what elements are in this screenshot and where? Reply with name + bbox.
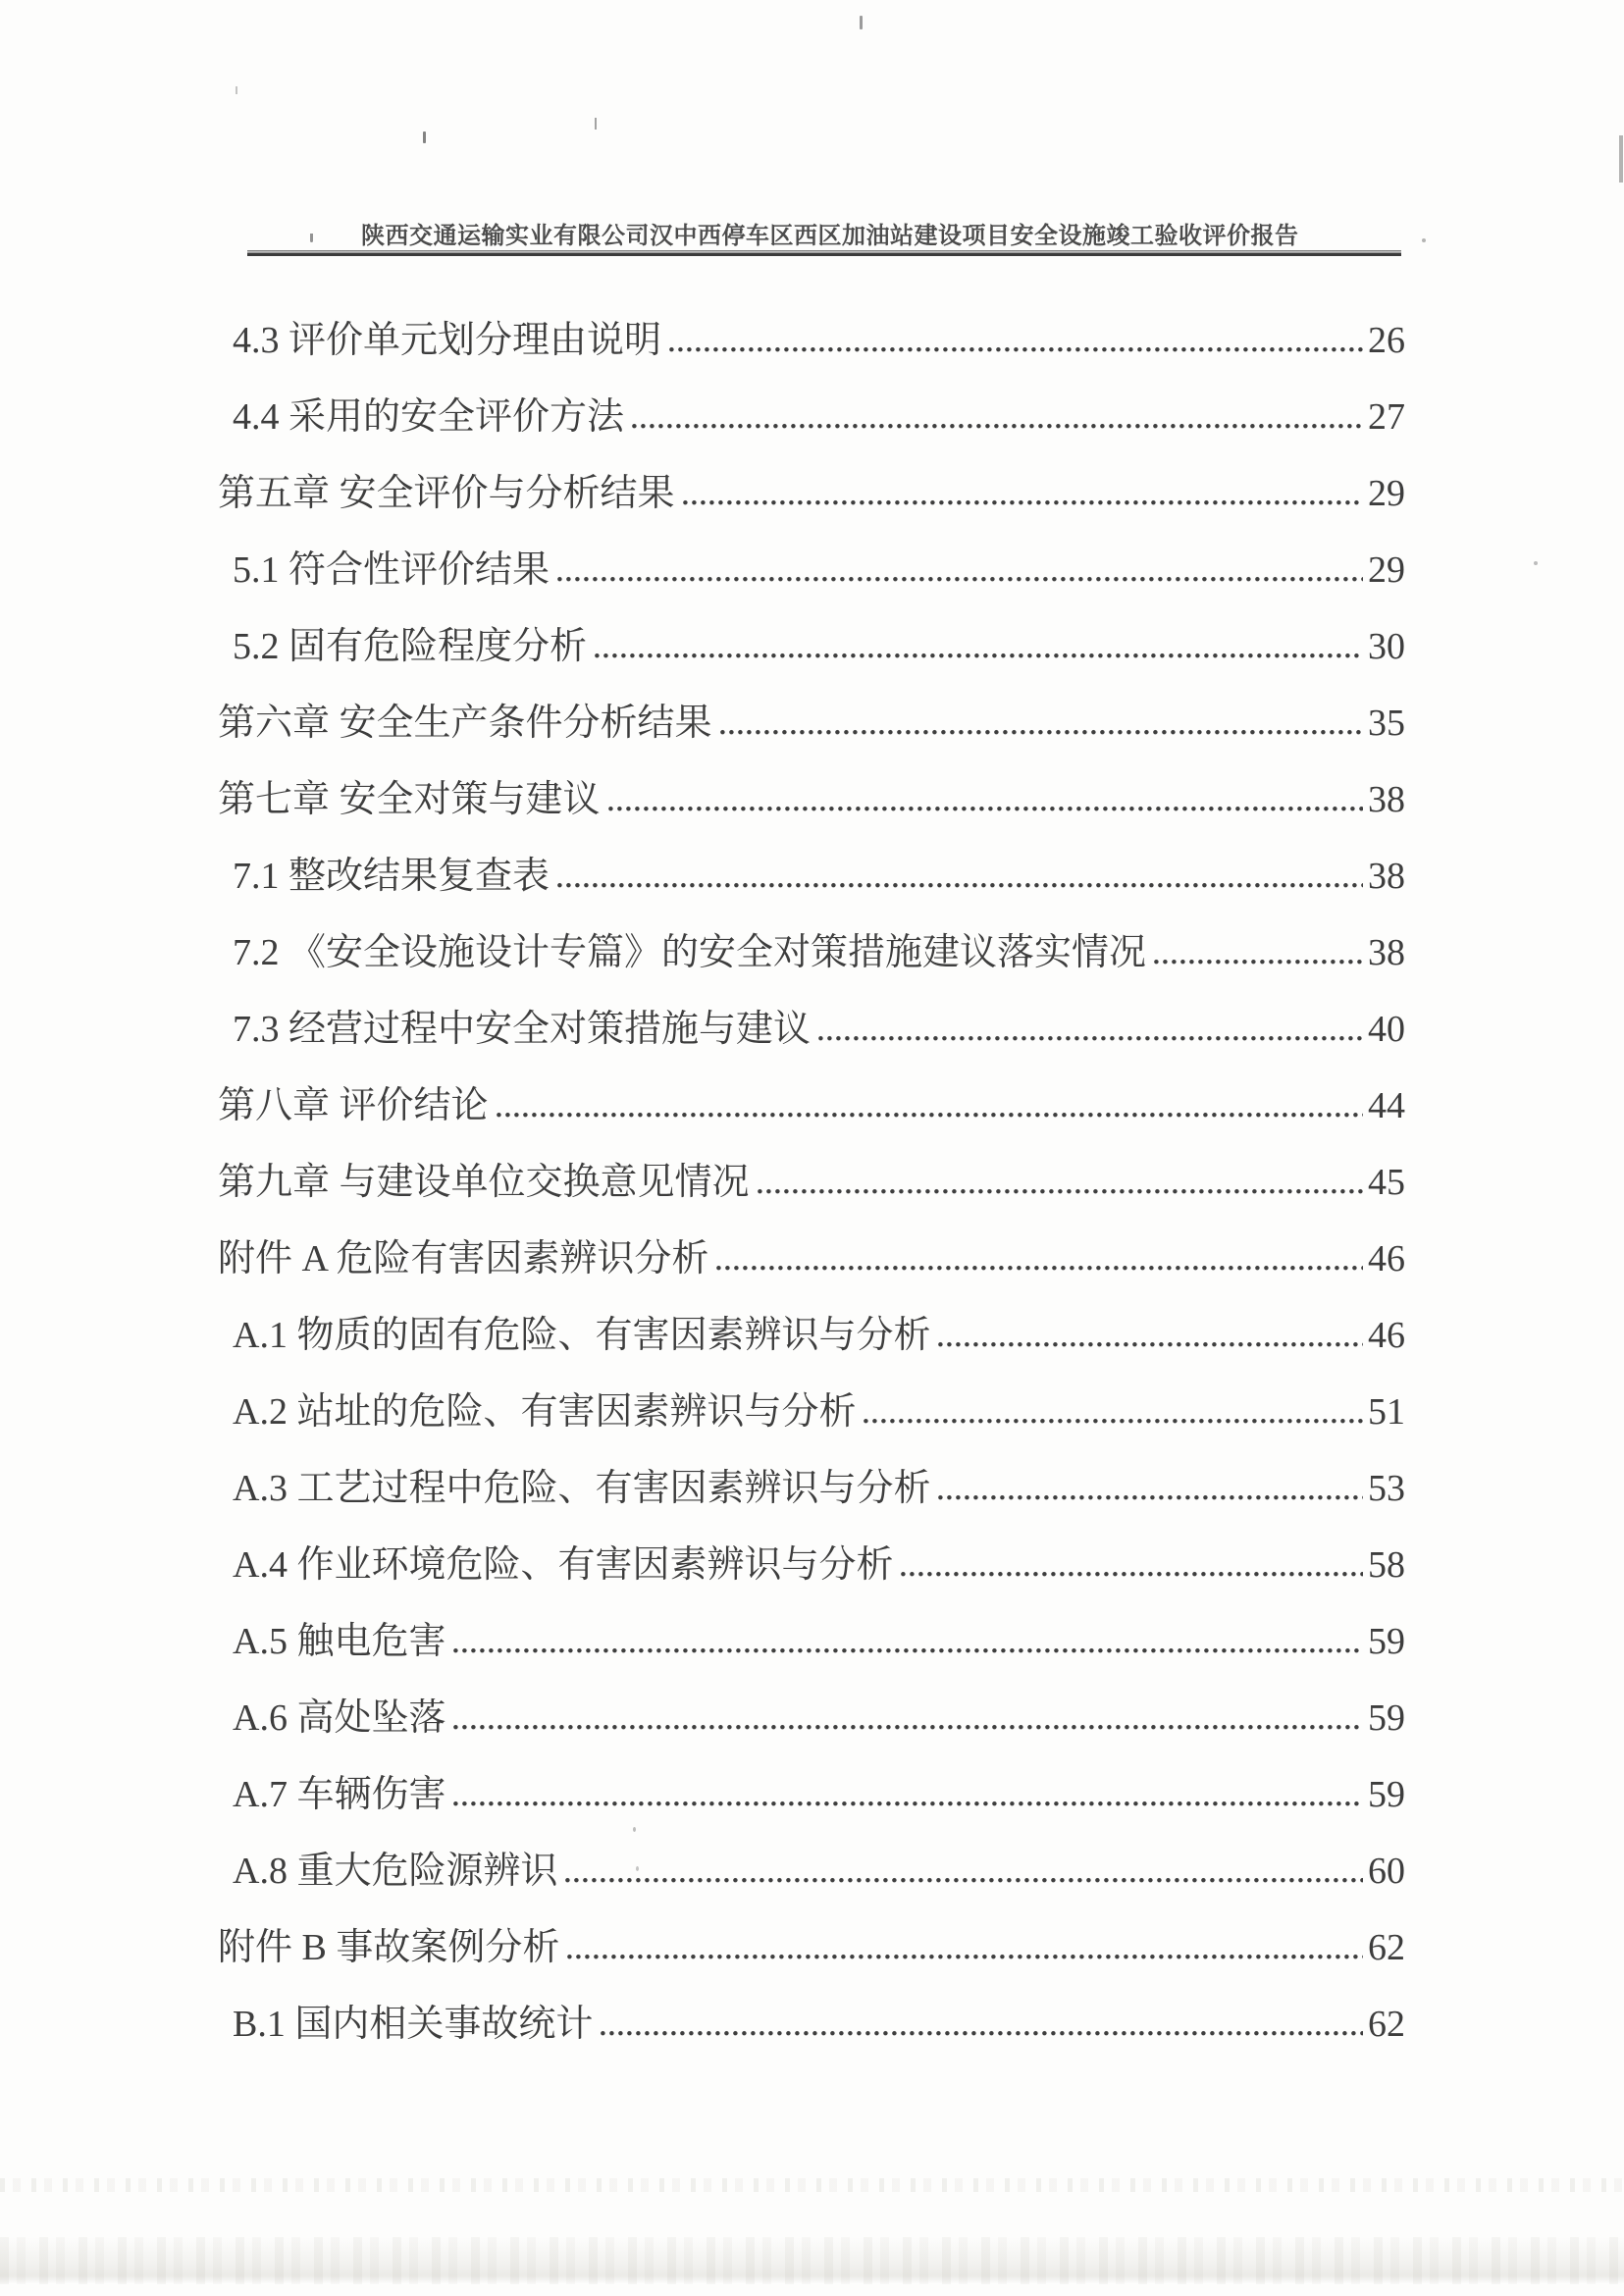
toc-entry-page: 51 [1368,1389,1405,1435]
toc-entry: 附件 A 危险有害因素辨识分析 46 [167,1221,1405,1297]
toc-entry-page: 58 [1368,1542,1405,1588]
toc-entry: 附件 B 事故案例分析 62 [167,1909,1405,1986]
toc-leader-dots [601,2030,1363,2036]
toc-entry-page: 62 [1368,2002,1405,2047]
toc-entry-label: 第九章 与建设单位交换意见情况 [218,1160,750,1205]
toc-leader-dots [758,1188,1363,1194]
scan-artifact [595,118,597,130]
toc-leader-dots [453,1647,1363,1653]
toc-entry-page: 45 [1368,1160,1405,1205]
toc-entry-label: 第七章 安全对策与建议 [218,777,601,822]
toc-entry-page: 27 [1368,394,1405,440]
toc-entry: 第五章 安全评价与分析结果 29 [167,455,1405,532]
scan-artifact-band [0,2237,1624,2284]
toc-leader-dots [938,1494,1363,1500]
toc-leader-dots [818,1035,1363,1041]
toc-entry-label: 第六章 安全生产条件分析结果 [218,701,712,746]
toc-entry-label: 附件 A 危险有害因素辨识分析 [218,1236,708,1281]
toc-entry: 4.4 采用的安全评价方法 27 [167,379,1405,455]
toc-entry: A.2 站址的危险、有害因素辨识与分析 51 [167,1374,1405,1450]
toc-entry: 第九章 与建设单位交换意见情况 45 [167,1144,1405,1221]
toc-entry: 第八章 评价结论 44 [167,1068,1405,1144]
toc-entry-page: 29 [1368,471,1405,516]
toc-entry: 7.3 经营过程中安全对策措施与建议 40 [167,991,1405,1068]
toc-leader-dots [669,346,1363,352]
scan-artifact [310,234,313,242]
toc-entry-label: A.1 物质的固有危险、有害因素辨识与分析 [233,1313,930,1358]
toc-entry-page: 26 [1368,318,1405,363]
toc-leader-dots [683,499,1363,505]
toc-entry-label: 7.1 整改结果复查表 [233,854,550,899]
toc-entry: B.1 国内相关事故统计 62 [167,1986,1405,2062]
toc-entry-page: 59 [1368,1619,1405,1664]
toc-entry-page: 46 [1368,1313,1405,1358]
toc-leader-dots [632,423,1363,429]
scan-artifact [236,86,237,94]
toc-leader-dots [453,1724,1363,1730]
toc-entry-page: 62 [1368,1925,1405,1970]
toc-entry-label: A.2 站址的危险、有害因素辨识与分析 [233,1389,856,1435]
toc-entry-page: 44 [1368,1083,1405,1128]
page-header-title: 陕西交通运输实业有限公司汉中西停车区西区加油站建设项目安全设施竣工验收评价报告 [361,223,1299,249]
table-of-contents: 4.3 评价单元划分理由说明 26 4.4 采用的安全评价方法 27 第五章 安… [167,302,1405,2062]
toc-entry: A.8 重大危险源辨识 60 [167,1833,1405,1909]
toc-entry-page: 38 [1368,930,1405,975]
toc-leader-dots [595,652,1363,658]
scan-artifact [636,1866,639,1871]
toc-entry-label: A.4 作业环境危险、有害因素辨识与分析 [233,1542,893,1588]
toc-leader-dots [608,806,1363,811]
toc-entry: 第七章 安全对策与建议 38 [167,761,1405,838]
toc-entry-label: 5.1 符合性评价结果 [233,548,550,593]
toc-entry-label: A.6 高处坠落 [233,1696,445,1741]
toc-leader-dots [557,576,1363,582]
toc-entry-page: 40 [1368,1007,1405,1052]
toc-entry: A.6 高处坠落 59 [167,1680,1405,1756]
scan-artifact [423,131,426,143]
toc-entry-label: A.8 重大危险源辨识 [233,1849,557,1894]
toc-entry-label: A.5 触电危害 [233,1619,445,1664]
toc-entry-label: 7.3 经营过程中安全对策措施与建议 [233,1007,811,1052]
toc-entry-label: A.7 车辆伤害 [233,1772,445,1817]
toc-leader-dots [1154,959,1363,965]
toc-entry: 7.1 整改结果复查表 38 [167,838,1405,914]
header-rule [247,250,1401,256]
toc-entry-label: 4.4 采用的安全评价方法 [233,394,624,440]
toc-entry-page: 59 [1368,1696,1405,1741]
scan-artifact [633,1827,636,1832]
toc-entry-page: 30 [1368,624,1405,669]
toc-entry: A.4 作业环境危险、有害因素辨识与分析 58 [167,1527,1405,1603]
toc-entry-label: 第五章 安全评价与分析结果 [218,471,675,516]
scan-artifact [1422,238,1426,242]
toc-leader-dots [565,1877,1363,1883]
toc-entry: 5.2 固有危险程度分析 30 [167,608,1405,685]
scan-artifact [860,16,863,29]
toc-entry-label: 5.2 固有危险程度分析 [233,624,587,669]
toc-leader-dots [720,729,1363,735]
toc-entry-page: 46 [1368,1236,1405,1281]
toc-leader-dots [716,1265,1363,1271]
toc-entry: A.7 车辆伤害 59 [167,1756,1405,1833]
toc-entry-label: A.3 工艺过程中危险、有害因素辨识与分析 [233,1466,930,1511]
toc-entry-page: 53 [1368,1466,1405,1511]
toc-leader-dots [453,1800,1363,1806]
toc-entry-page: 59 [1368,1772,1405,1817]
toc-entry-label: B.1 国内相关事故统计 [233,2002,593,2047]
toc-entry-page: 38 [1368,854,1405,899]
scanned-document-page: { "header": { "title": "陕西交通运输实业有限公司汉中西停… [0,0,1624,2296]
toc-leader-dots [938,1341,1363,1347]
toc-leader-dots [497,1112,1363,1118]
toc-entry-page: 35 [1368,701,1405,746]
toc-entry-label: 7.2 《安全设施设计专篇》的安全对策措施建议落实情况 [233,930,1146,975]
toc-entry-label: 4.3 评价单元划分理由说明 [233,318,661,363]
toc-entry: 第六章 安全生产条件分析结果 35 [167,685,1405,761]
toc-entry-page: 60 [1368,1849,1405,1894]
toc-entry-page: 38 [1368,777,1405,822]
scan-artifact [1534,561,1538,565]
toc-entry: 5.1 符合性评价结果 29 [167,532,1405,608]
toc-leader-dots [901,1571,1363,1577]
scan-artifact-band [0,2178,1624,2192]
toc-entry: 4.3 评价单元划分理由说明 26 [167,302,1405,379]
toc-entry: 7.2 《安全设施设计专篇》的安全对策措施建议落实情况 38 [167,914,1405,991]
toc-entry: A.5 触电危害 59 [167,1603,1405,1680]
toc-leader-dots [864,1418,1363,1424]
toc-leader-dots [567,1954,1363,1959]
toc-entry: A.3 工艺过程中危险、有害因素辨识与分析 53 [167,1450,1405,1527]
toc-leader-dots [557,882,1363,888]
toc-entry-label: 第八章 评价结论 [218,1083,489,1128]
toc-entry-label: 附件 B 事故案例分析 [218,1925,559,1970]
toc-entry-page: 29 [1368,548,1405,593]
toc-entry: A.1 物质的固有危险、有害因素辨识与分析 46 [167,1297,1405,1374]
scan-artifact [1619,135,1623,183]
